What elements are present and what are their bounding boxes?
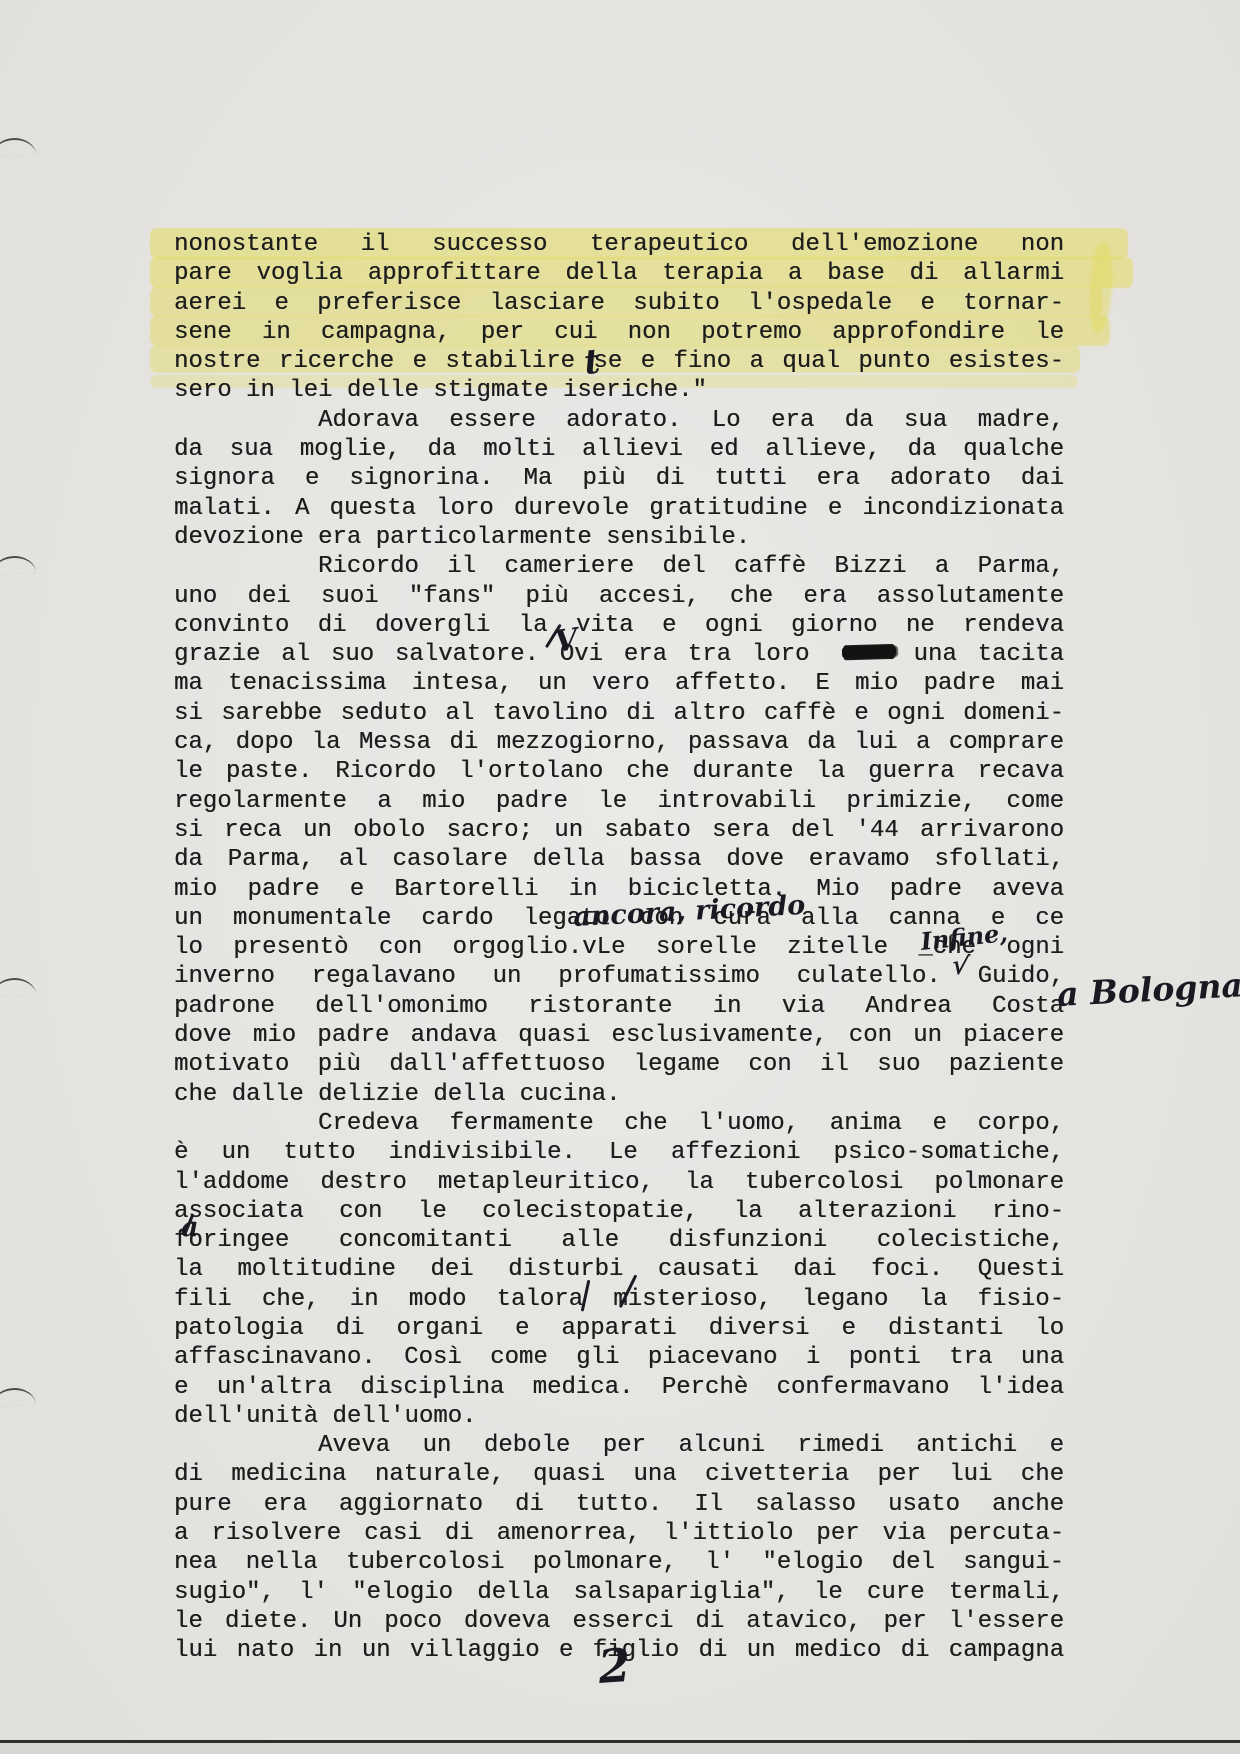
pen-stroke-apparati-1 (581, 1280, 590, 1312)
pen-stroke-apparati-2 (619, 1274, 637, 1307)
note-ancora-ricordo: ancora, ricordo (573, 892, 806, 931)
note-a-bologna: a Bologna , (1056, 967, 1240, 1011)
inserted-letter-t: t (582, 345, 601, 380)
handwriting-layer: tVancora, ricordoInfine,√a Bologna ,a2 (0, 0, 1240, 1754)
note-infine: Infine, (919, 921, 1008, 954)
page-number: 2 (597, 1642, 632, 1690)
struck-out-word (842, 645, 896, 658)
insertion-check-mark: √ (950, 952, 971, 980)
scanned-typescript-page: nonostante il successo terapeutico dell'… (0, 0, 1240, 1754)
